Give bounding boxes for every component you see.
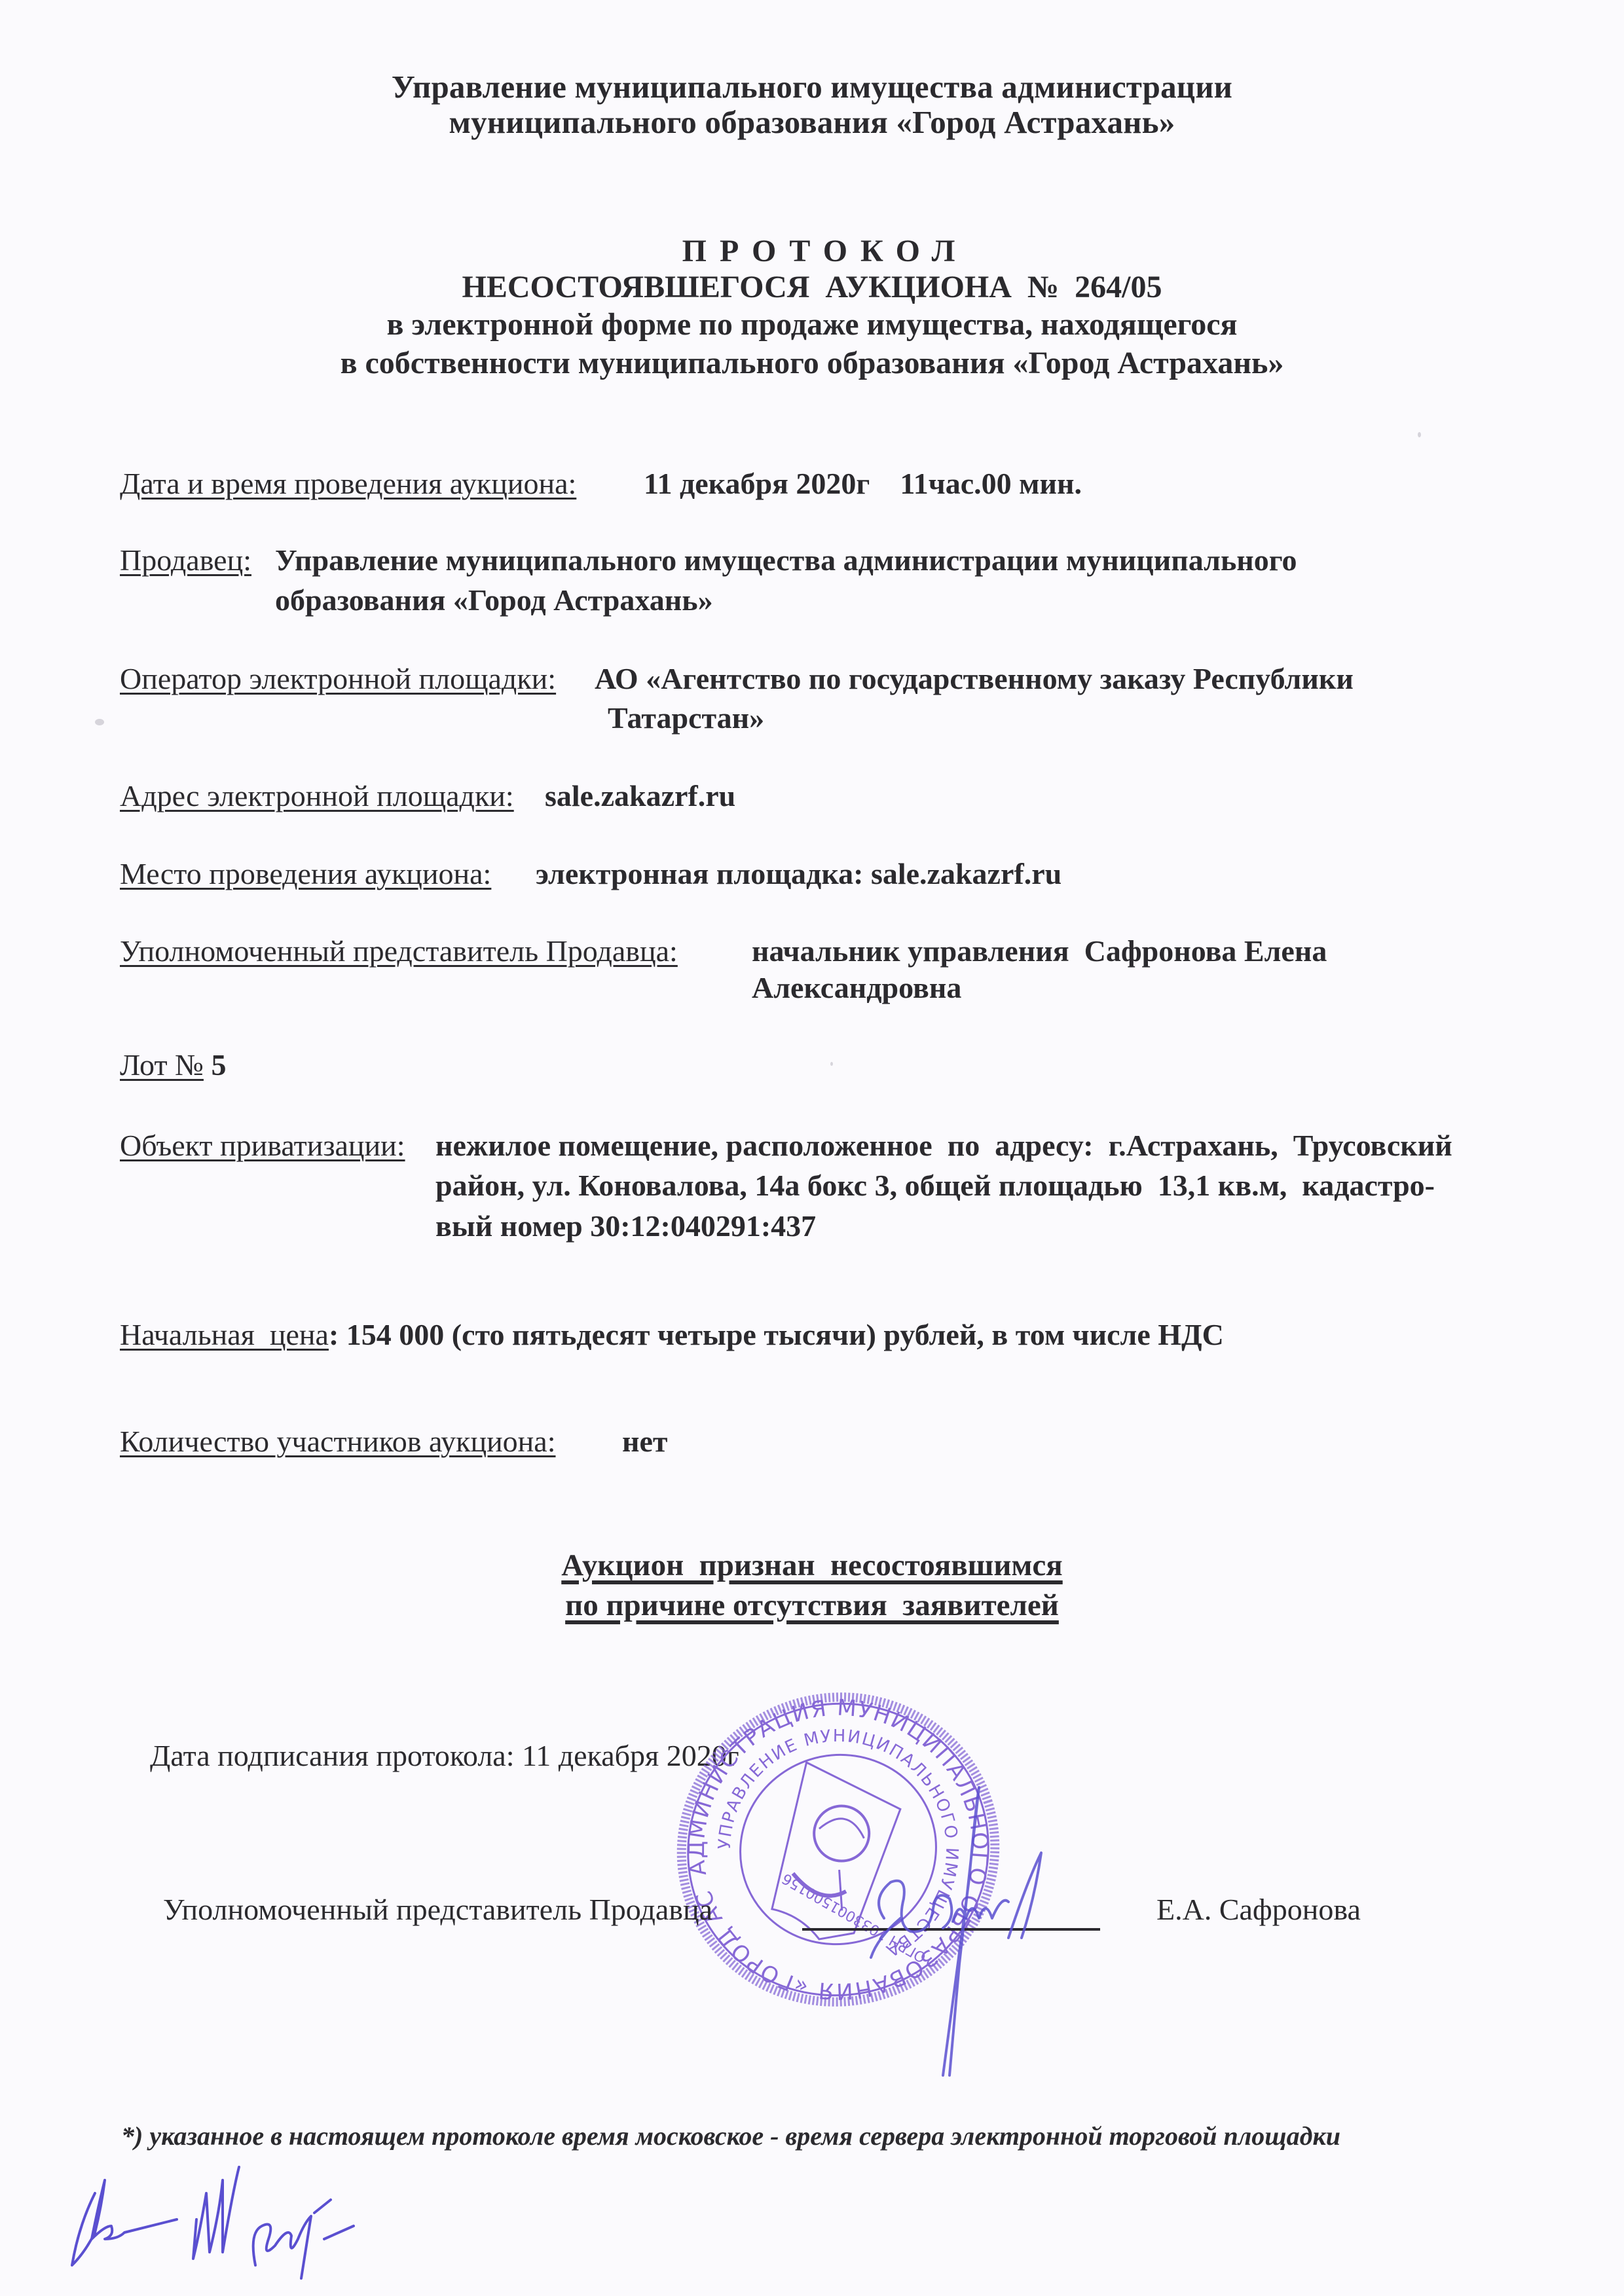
field-seller: Продавец: — [120, 545, 251, 575]
field-label: Уполномоченный представитель Продавца: — [120, 934, 678, 968]
verdict-line1: Аукцион признан несостоявшимся — [0, 1550, 1624, 1581]
field-label: Адрес электронной площадки: — [120, 779, 514, 812]
scan-speck — [95, 719, 104, 725]
field-label: Дата и время проведения аукциона: — [120, 467, 576, 500]
start-price-value: : 154 000 (сто пятьдесят четыре тысячи) … — [329, 1318, 1224, 1351]
document-description-line2: в собственности муниципального образован… — [0, 348, 1624, 379]
field-representative-value-line1: начальник управления Сафронова Елена — [752, 936, 1327, 966]
field-label: Количество участников аукциона: — [120, 1425, 556, 1458]
handwritten-signature — [845, 1768, 1159, 2082]
field-representative: Уполномоченный представитель Продавца: — [120, 936, 678, 966]
org-name-line2: муниципального образования «Город Астрах… — [0, 106, 1624, 138]
field-platform-address: Адрес электронной площадки: — [120, 781, 514, 811]
verdict-line2: по причине отсутствия заявителей — [0, 1590, 1624, 1621]
field-participants-value: нет — [622, 1427, 668, 1457]
field-object-value-line3: вый номер 30:12:040291:437 — [435, 1211, 816, 1241]
platform-address-link: sale.zakazrf.ru — [545, 781, 735, 811]
initials-signatures — [65, 2154, 380, 2285]
field-datetime-value: 11 декабря 2020г 11час.00 мин. — [644, 469, 1082, 499]
field-label: Лот № — [120, 1048, 204, 1082]
field-participants: Количество участников аукциона: — [120, 1427, 556, 1457]
field-venue: Место проведения аукциона: — [120, 859, 491, 889]
signer-name: Е.А. Сафронова — [1156, 1895, 1361, 1925]
field-seller-value-line2: образования «Город Астрахань» — [275, 585, 713, 615]
field-lot: Лот № 5 — [120, 1050, 226, 1080]
field-operator: Оператор электронной площадки: — [120, 664, 556, 694]
scan-speck — [830, 1062, 833, 1066]
field-representative-value-line2: Александровна — [752, 973, 961, 1003]
field-datetime: Дата и время проведения аукциона: — [120, 469, 576, 499]
field-operator-value-line2: Татарстан» — [608, 703, 764, 733]
signing-date: Дата подписания протокола: 11 декабря 20… — [150, 1741, 739, 1771]
scan-speck — [1418, 432, 1421, 437]
field-start-price: Начальная цена: 154 000 (сто пятьдесят ч… — [120, 1320, 1224, 1350]
field-venue-value: электронная площадка: sale.zakazrf.ru — [536, 859, 1061, 889]
field-operator-value-line1: АО «Агентство по государственному заказу… — [595, 664, 1354, 694]
signer-role: Уполномоченный представитель Продавца — [163, 1895, 712, 1925]
footnote: *) указанное в настоящем протоколе время… — [121, 2123, 1340, 2149]
field-seller-value-line1: Управление муниципального имущества адми… — [275, 545, 1297, 575]
field-label: Объект приватизации: — [120, 1129, 405, 1162]
field-object: Объект приватизации: — [120, 1131, 405, 1161]
document-description-line1: в электронной форме по продаже имущества… — [0, 309, 1624, 340]
lot-number: 5 — [211, 1048, 226, 1082]
field-label: Место проведения аукциона: — [120, 857, 491, 890]
document-subtitle: НЕСОСТОЯВШЕГОСЯ АУКЦИОНА № 264/05 — [0, 272, 1624, 303]
field-label: Оператор электронной площадки: — [120, 662, 556, 695]
field-label: Начальная цена — [120, 1318, 329, 1351]
field-label: Продавец: — [120, 543, 251, 577]
org-name-line1: Управление муниципального имущества адми… — [0, 71, 1624, 103]
document-title: ПРОТОКОЛ — [0, 236, 1624, 267]
field-object-value-line1: нежилое помещение, расположенное по адре… — [435, 1131, 1452, 1161]
field-object-value-line2: район, ул. Коновалова, 14а бокс 3, общей… — [435, 1171, 1435, 1201]
